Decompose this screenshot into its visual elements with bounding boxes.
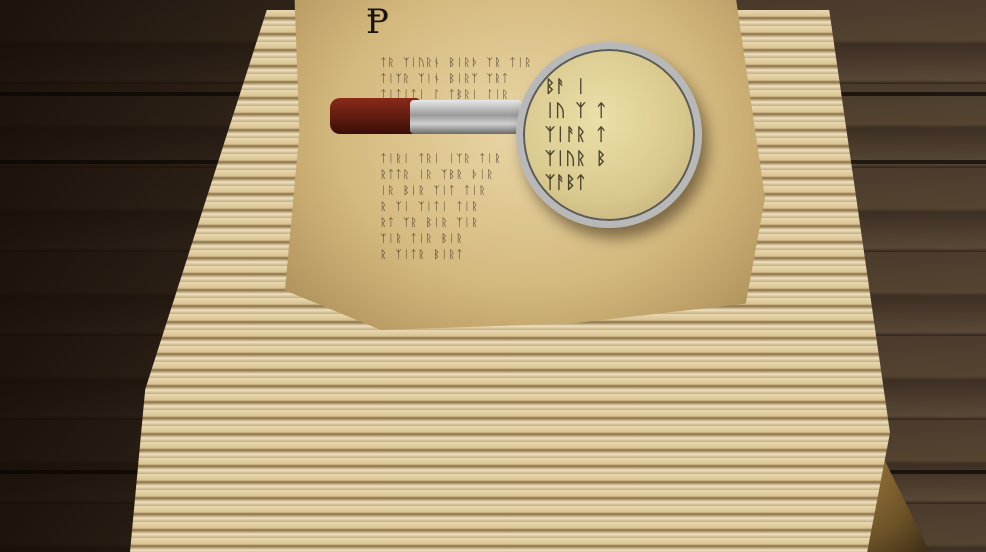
magnifier-ferrule <box>410 100 522 134</box>
photo-scene: Ᵽ ᛏᚱ ᛉᛁᚢᚱᚾ ᛒᛁᚱᚦ ᛉᚱ ᛏᛁᚱ ᛏᛁᛉᚱ ᛉᛁᚾ ᛒᛁᚱᛉ ᛉᚱᛏ… <box>0 0 986 552</box>
magnifier-handle <box>330 98 420 134</box>
magnified-script: ᛒᚨ ᛁ ᛁᚢ ᛉ ᛏ ᛉᛁᚨᚱ ᛏ ᛉᛁᚢᚱ ᛒ ᛉᚨᛒᛏ <box>545 75 685 215</box>
script-initial: Ᵽ <box>366 2 389 42</box>
